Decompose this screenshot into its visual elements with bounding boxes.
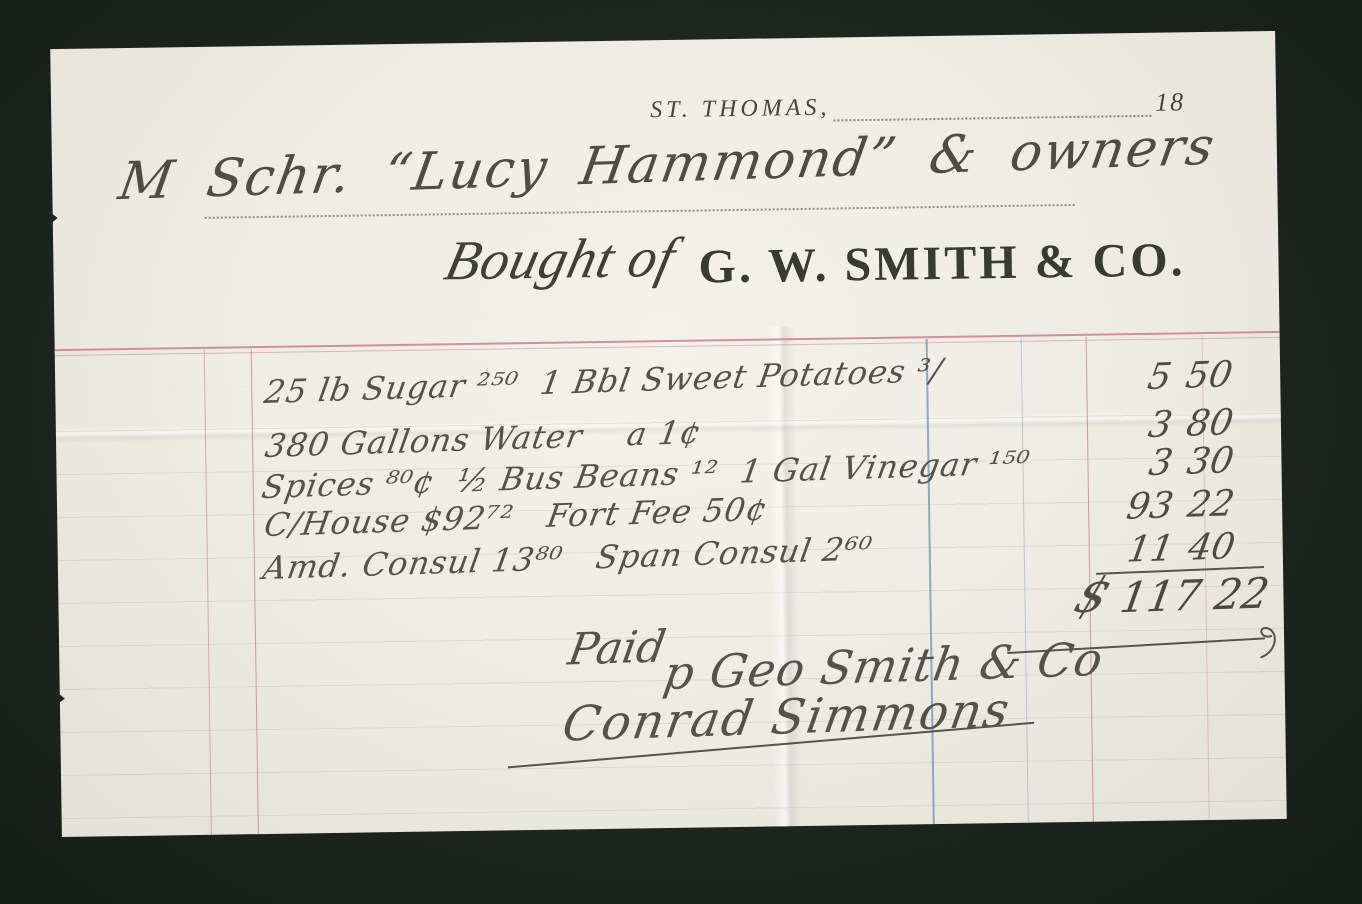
amount-cents: 40: [1185, 525, 1262, 568]
ledger-column-line-pink: [251, 349, 259, 834]
date-blank-line: [833, 95, 1151, 122]
amount-dollars: 11: [1093, 528, 1177, 572]
total-amount: 117 22: [1111, 568, 1273, 622]
amount-cents: 50: [1183, 353, 1260, 396]
amount-cents: 22: [1185, 482, 1262, 525]
paper-edge-notch: [56, 691, 65, 705]
amount-cents: 30: [1184, 439, 1261, 482]
bought-of-label: Bought of: [439, 226, 682, 294]
ledger-column-line-blue: [1021, 338, 1029, 823]
item-description: 25 lb Sugar ²⁵⁰ 1 Bbl Sweet Potatoes ³/: [262, 351, 946, 411]
amount-dollars: 93: [1092, 485, 1176, 529]
ledger-column-line-blue: [926, 339, 935, 824]
flourish-curl: [1255, 619, 1284, 661]
item-amount: 93 22: [1092, 482, 1261, 528]
item-amount: 5 50: [1091, 353, 1260, 399]
vertical-fold-crease: [766, 326, 801, 826]
total-cents: 22: [1211, 568, 1273, 619]
ledger-header-rule: [55, 331, 1280, 356]
paper-edge-notch: [49, 211, 58, 225]
total-dollars: 117: [1111, 571, 1205, 623]
place-label: ST. THOMAS,: [650, 95, 831, 125]
item-amount: 3 30: [1092, 439, 1261, 485]
billhead-paper: ST. THOMAS, 18 Bought of G. W. SMITH & C…: [50, 31, 1287, 837]
paid-annotation: Paid: [565, 621, 670, 675]
photo-background: ST. THOMAS, 18 Bought of G. W. SMITH & C…: [0, 0, 1362, 904]
item-amount: 11 40: [1093, 525, 1262, 571]
ledger-column-line-pink: [204, 350, 212, 835]
amount-dollars: 3: [1092, 442, 1176, 486]
amount-dollars: 3: [1091, 404, 1175, 448]
year-prefix: 18: [1155, 87, 1185, 117]
company-name: G. W. SMITH & CO.: [698, 232, 1186, 294]
amount-cents: 80: [1184, 401, 1261, 444]
amount-dollars: 5: [1091, 356, 1175, 400]
